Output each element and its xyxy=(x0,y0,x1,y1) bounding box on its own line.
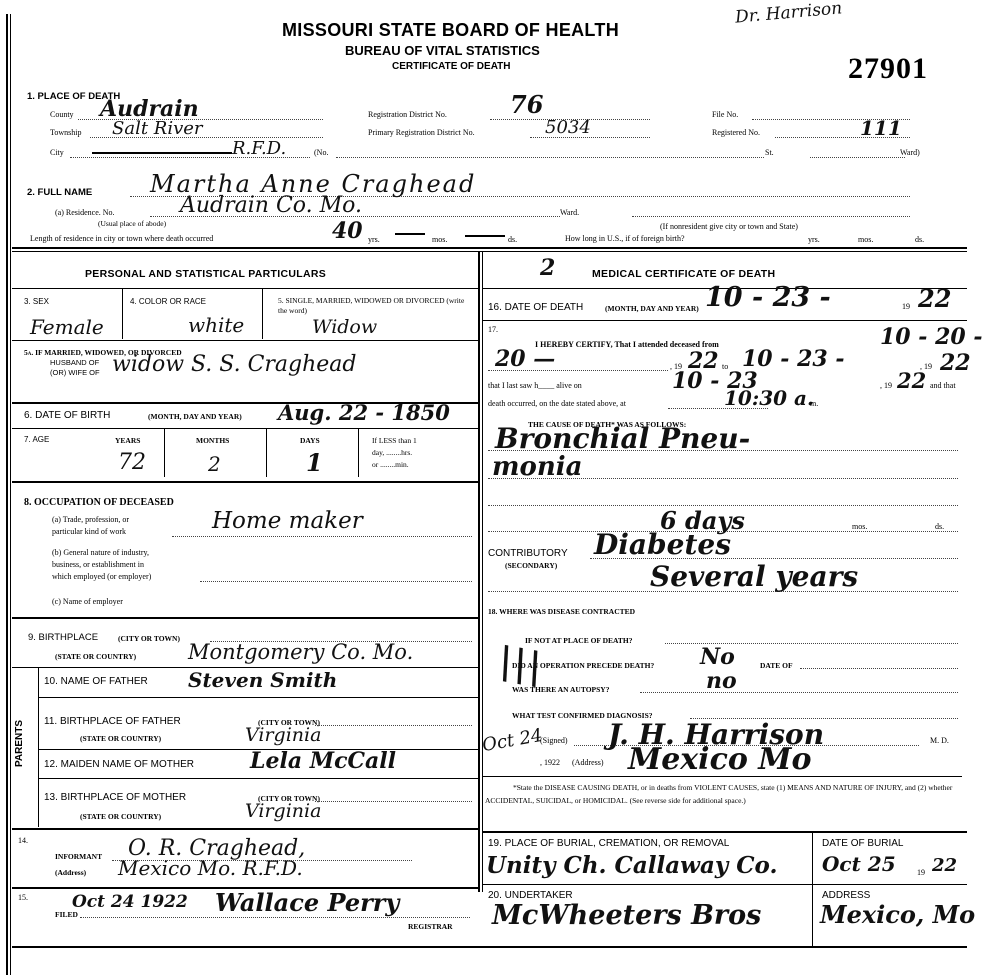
dod-year: 22 xyxy=(918,284,951,313)
township-label: Township xyxy=(50,128,81,137)
signed-date: Oct 24 xyxy=(481,725,544,756)
m-label: m. xyxy=(810,399,818,408)
birthplace-state-label: (STATE OR COUNTRY) xyxy=(55,652,136,661)
years-value: 72 xyxy=(118,450,146,475)
dod-sublabel: (MONTH, DAY AND YEAR) xyxy=(605,304,699,313)
contributory-label: CONTRIBUTORY xyxy=(488,548,568,559)
row-rule-5 xyxy=(12,340,478,341)
length-mos-label: mos. xyxy=(432,235,447,244)
birthplace-city-label: (CITY OR TOWN) xyxy=(118,634,180,643)
registrar-signature: Wallace Perry xyxy=(215,888,399,917)
section-divider-top xyxy=(12,247,967,249)
burial-date-label: DATE OF BURIAL xyxy=(822,838,904,849)
months-label: MONTHS xyxy=(196,436,229,445)
occupation-b-label-3: which employed (or employer) xyxy=(52,572,151,581)
certificate-number: 27901 xyxy=(848,52,928,86)
burial-year: 22 xyxy=(932,855,957,876)
row-rule-11 xyxy=(38,697,478,698)
primary-registration-value: 5034 xyxy=(545,117,591,138)
spouse-label-2: HUSBAND OF xyxy=(50,358,99,367)
informant-address-value: Mexico Mo. R.F.D. xyxy=(118,856,303,880)
informant-label: INFORMANT xyxy=(55,852,102,861)
registration-district-label: Registration District No. xyxy=(368,110,447,119)
race-marital-divider xyxy=(262,289,263,339)
bureau-subtitle: BUREAU OF VITAL STATISTICS xyxy=(345,43,540,58)
physician-address-value: Mexico Mo xyxy=(628,742,812,777)
race-value: white xyxy=(188,313,244,337)
and-that-label: and that xyxy=(930,381,956,390)
footnote-text: *State the DISEASE CAUSING DEATH, or in … xyxy=(485,781,955,807)
less-than-label-2: day, ........hrs. xyxy=(372,448,412,457)
length-mos-dash xyxy=(395,233,425,235)
ward-label: Ward) xyxy=(900,148,920,157)
length-ds-dash xyxy=(465,235,505,237)
registration-district-value: 76 xyxy=(510,90,543,119)
years-label: YEARS xyxy=(115,436,140,445)
section-divider-top-2 xyxy=(12,251,967,252)
autopsy-line xyxy=(640,692,958,693)
street-field-line xyxy=(336,157,764,158)
dod-value: 10 - 23 - xyxy=(705,282,831,313)
undertaker-value: McWheeters Bros xyxy=(492,900,761,931)
contributory-duration-value: Several years xyxy=(650,560,858,593)
row-rule-9 xyxy=(12,617,478,619)
operation-date-line xyxy=(800,668,958,669)
residence-label: (a) Residence. No. xyxy=(55,208,115,217)
father-birthplace-state-label: (STATE OR COUNTRY) xyxy=(80,734,161,743)
primary-registration-label: Primary Registration District No. xyxy=(368,128,475,137)
full-name-label: 2. FULL NAME xyxy=(27,187,92,198)
bottom-rule xyxy=(12,946,967,948)
dod-label: 16. DATE OF DEATH xyxy=(488,302,583,313)
informant-address-label: (Address) xyxy=(55,868,86,877)
sex-label: 3. SEX xyxy=(24,297,49,306)
signed-underline xyxy=(482,776,962,777)
us-yrs-label: yrs. xyxy=(808,235,820,244)
cause-value-line2: monia xyxy=(492,452,582,482)
attended-from-day: 20 — xyxy=(495,346,555,372)
filed-value: Oct 24 1922 xyxy=(72,892,188,912)
autopsy-value: no xyxy=(706,668,737,694)
column-divider xyxy=(478,252,480,892)
burial-year-prefix: 19 xyxy=(917,868,925,877)
mother-name-value: Lela McCall xyxy=(250,748,396,774)
burial-top-rule xyxy=(482,831,967,833)
burial-date-divider xyxy=(812,831,813,946)
personal-title-rule xyxy=(12,288,478,289)
registrar-label: REGISTRAR xyxy=(408,922,453,931)
operation-value: No xyxy=(700,644,735,670)
spouse-value: widow S. S. Craghead xyxy=(112,352,357,377)
duration-ds-label: ds. xyxy=(935,522,944,531)
last-saw-year-label: , 19 xyxy=(880,381,892,390)
row-rule-7 xyxy=(12,428,478,429)
nonresident-note: (If nonresident give city or town and St… xyxy=(660,222,798,231)
township-value: Salt River xyxy=(112,118,203,139)
county-label: County xyxy=(50,110,74,119)
mother-birthplace-city-line xyxy=(315,801,472,802)
certificate-type: CERTIFICATE OF DEATH xyxy=(392,61,511,72)
medical-section-title: MEDICAL CERTIFICATE OF DEATH xyxy=(592,268,775,280)
father-name-value: Steven Smith xyxy=(188,668,337,692)
marital-label: 5. SINGLE, MARRIED, WIDOWED OR DIVORCED … xyxy=(278,296,468,316)
city-value: R.F.D. xyxy=(232,138,286,159)
days-less-divider xyxy=(358,429,359,477)
contributory-value: Diabetes xyxy=(594,528,731,561)
attended-to-year: 22 xyxy=(940,350,971,376)
residence-value: Audrain Co. Mo. xyxy=(180,193,362,218)
registered-no-label: Registered No. xyxy=(712,128,760,137)
file-no-label: File No. xyxy=(712,110,738,119)
duration-mos-label: mos. xyxy=(852,522,867,531)
physician-address-label: (Address) xyxy=(572,758,604,767)
burial-date-value: Oct 25 xyxy=(822,852,896,876)
personal-section-title: PERSONAL AND STATISTICAL PARTICULARS xyxy=(85,268,326,280)
length-residence-years: 40 xyxy=(332,218,363,244)
dob-value: Aug. 22 - 1850 xyxy=(278,400,450,425)
street-label: St. xyxy=(765,148,774,157)
days-label: DAYS xyxy=(300,436,320,445)
city-label: City xyxy=(50,148,64,157)
occupation-a-line xyxy=(172,536,472,537)
months-days-divider xyxy=(266,429,267,477)
spouse-label-3: (OR) WIFE OF xyxy=(50,368,100,377)
no-label: (No. xyxy=(314,148,328,157)
parents-label: PARENTS xyxy=(14,720,25,767)
informant-number: 14. xyxy=(18,836,28,845)
mother-birthplace-label: 13. BIRTHPLACE OF MOTHER xyxy=(44,792,186,803)
signed-year: , 1922 xyxy=(540,758,560,767)
less-than-label-1: If LESS than 1 xyxy=(372,436,417,445)
occupation-label: 8. OCCUPATION OF DECEASED xyxy=(24,497,174,508)
occupation-b-line xyxy=(200,581,472,582)
length-ds-label: ds. xyxy=(508,235,517,244)
occupation-a-label-1: (a) Trade, profession, or xyxy=(52,515,129,524)
marital-value: Widow xyxy=(312,316,377,338)
residence-ward-label: Ward. xyxy=(560,208,579,217)
less-than-label-3: or ........min. xyxy=(372,460,409,469)
length-residence-label: Length of residence in city or town wher… xyxy=(30,234,213,243)
frame-left-line xyxy=(6,14,8,975)
row-rule-13 xyxy=(38,778,478,779)
nonresident-line xyxy=(632,216,910,217)
dob-sublabel: (MONTH, DAY AND YEAR) xyxy=(148,412,242,421)
residence-sublabel: (Usual place of abode) xyxy=(98,219,166,228)
father-birthplace-label: 11. BIRTHPLACE OF FATHER xyxy=(44,716,181,727)
contracted-label: 18. WHERE WAS DISEASE CONTRACTED xyxy=(488,607,635,616)
mother-birthplace-value: Virginia xyxy=(245,800,321,822)
death-occurred-label: death occurred, on the date stated above… xyxy=(488,399,626,408)
column-divider-2 xyxy=(482,252,483,892)
undertaker-rule xyxy=(482,884,967,885)
last-saw-year: 22 xyxy=(897,368,926,393)
registered-no-value: 111 xyxy=(860,116,902,140)
birthplace-label: 9. BIRTHPLACE xyxy=(28,632,98,643)
sex-race-divider xyxy=(122,289,123,339)
length-yrs-label: yrs. xyxy=(368,235,380,244)
date-of-label: DATE OF xyxy=(760,661,793,670)
contributory-sublabel: (SECONDARY) xyxy=(505,561,557,570)
occupation-a-label-2: particular kind of work xyxy=(52,527,126,536)
filed-line xyxy=(80,917,470,918)
us-ds-label: ds. xyxy=(915,235,924,244)
ward-field-line xyxy=(810,157,905,158)
city-strikeout xyxy=(92,152,232,154)
months-value: 2 xyxy=(208,452,221,476)
attended-from-month: 10 - 20 - xyxy=(880,324,982,350)
filed-number: 15. xyxy=(18,893,28,902)
burial-place-value: Unity Ch. Callaway Co. xyxy=(486,852,777,879)
certify-number: 17. xyxy=(488,325,498,334)
cause-value-line1: Bronchial Pneu- xyxy=(495,422,750,455)
row-rule-8 xyxy=(12,481,478,483)
signed-label: (Signed) xyxy=(540,736,568,745)
md-label: M. D. xyxy=(930,736,949,745)
dob-label: 6. DATE OF BIRTH xyxy=(24,410,110,421)
mother-birthplace-state-label: (STATE OR COUNTRY) xyxy=(80,812,161,821)
father-birthplace-value: Virginia xyxy=(245,724,321,746)
us-residence-label: How long in U.S., if of foreign birth? xyxy=(565,234,685,243)
row-rule-14 xyxy=(12,828,478,830)
us-mos-label: mos. xyxy=(858,235,873,244)
margin-mark: \\\ xyxy=(494,637,547,695)
undertaker-address-value: Mexico, Mo xyxy=(820,900,975,929)
burial-place-label: 19. PLACE OF BURIAL, CREMATION, OR REMOV… xyxy=(488,838,729,849)
frame-left-line-inner xyxy=(10,14,11,975)
occupation-b-label-1: (b) General nature of industry, xyxy=(52,548,149,557)
father-name-label: 10. NAME OF FATHER xyxy=(44,676,148,687)
margin-note: Dr. Harrison xyxy=(734,0,843,28)
occupation-c-label: (c) Name of employer xyxy=(52,597,123,606)
row-rule-17 xyxy=(482,320,967,321)
death-time-value: 10:30 a. xyxy=(724,386,814,410)
occupation-b-label-2: business, or establishment in xyxy=(52,560,144,569)
last-saw-label: that I last saw h____ alive on xyxy=(488,381,582,390)
medical-section-mark: 2 xyxy=(540,255,555,281)
age-label: 7. AGE xyxy=(24,435,49,444)
birthplace-value: Montgomery Co. Mo. xyxy=(188,640,413,664)
sex-value: Female xyxy=(30,315,104,339)
days-value: 1 xyxy=(306,448,323,477)
occupation-a-value: Home maker xyxy=(212,508,363,534)
father-birthplace-city-line xyxy=(315,725,472,726)
years-months-divider xyxy=(164,429,165,477)
board-title: MISSOURI STATE BOARD OF HEALTH xyxy=(282,20,619,41)
mother-name-label: 12. MAIDEN NAME OF MOTHER xyxy=(44,759,194,770)
parents-divider xyxy=(38,667,39,827)
dod-year-prefix: 19 xyxy=(902,302,910,311)
race-label: 4. COLOR OR RACE xyxy=(130,297,206,306)
